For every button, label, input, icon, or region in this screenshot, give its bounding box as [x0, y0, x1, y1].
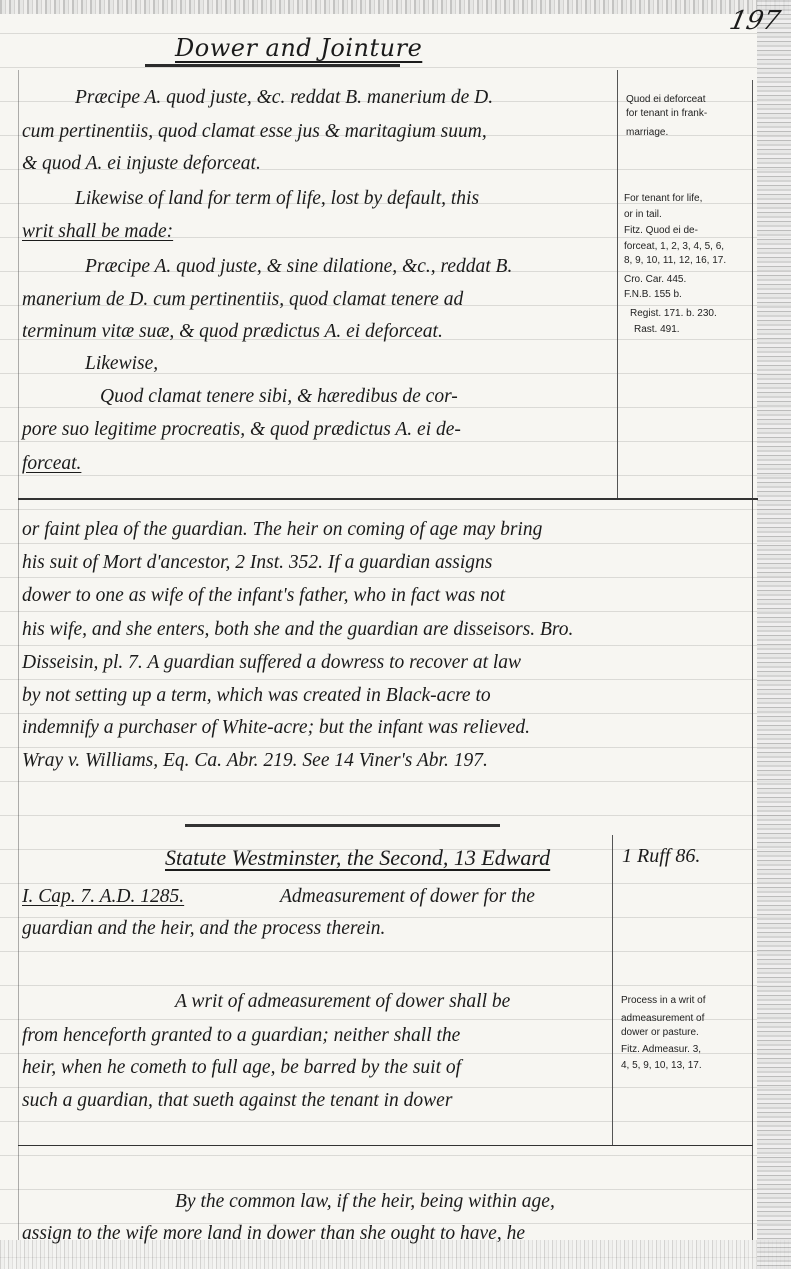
- scan-edge-strip: [757, 0, 791, 1269]
- text-line: by not setting up a term, which was crea…: [22, 684, 491, 708]
- margin-note-line: 4, 5, 9, 10, 13, 17.: [621, 1059, 702, 1073]
- text-line: A writ of admeasurement of dower shall b…: [175, 990, 510, 1014]
- margin-note-line: forceat, 1, 2, 3, 4, 5, 6,: [624, 240, 724, 254]
- text-line: By the common law, if the heir, being wi…: [175, 1190, 555, 1214]
- margin-note-line: admeasurement of: [621, 1012, 704, 1026]
- margin-note-line: Fitz. Quod ei de-: [624, 224, 698, 238]
- text-line: heir, when he cometh to full age, be bar…: [22, 1056, 461, 1080]
- statute-reference: 1 Ruff 86.: [622, 845, 700, 868]
- margin-note-line: marriage.: [626, 126, 668, 140]
- text-line: Præcipe A. quod juste, & sine dilatione,…: [85, 255, 512, 279]
- text-line: Wray v. Williams, Eq. Ca. Abr. 219. See …: [22, 749, 488, 773]
- text-line: manerium de D. cum pertinentiis, quod cl…: [22, 288, 463, 312]
- page-number: 197: [727, 6, 783, 36]
- margin-note-line: for tenant in frank-: [626, 107, 707, 121]
- page-heading: Dower and Jointure: [175, 34, 422, 62]
- text-line: indemnify a purchaser of White-acre; but…: [22, 716, 530, 740]
- statute-subtitle: guardian and the heir, and the process t…: [22, 917, 385, 941]
- text-line: & quod A. ei injuste deforceat.: [22, 152, 261, 176]
- text-line: writ shall be made:: [22, 220, 173, 244]
- text-line: cum pertinentiis, quod clamat esse jus &…: [22, 120, 487, 144]
- text-line: pore suo legitime procreatis, & quod præ…: [22, 418, 461, 442]
- section-divider-short: [185, 824, 500, 827]
- margin-rule-notes-lower: [612, 835, 613, 1145]
- margin-rule-notes: [617, 70, 618, 500]
- margin-note-line: Process in a writ of: [621, 994, 705, 1008]
- margin-rule-left: [18, 70, 19, 1240]
- statute-cap-reference: I. Cap. 7. A.D. 1285.: [22, 885, 184, 909]
- text-line: from henceforth granted to a guardian; n…: [22, 1024, 460, 1048]
- margin-note-line: Fitz. Admeasur. 3,: [621, 1043, 701, 1057]
- text-line: Likewise,: [85, 352, 158, 376]
- text-line: terminum vitæ suæ, & quod prædictus A. e…: [22, 320, 443, 344]
- margin-note-line: 8, 9, 10, 11, 12, 16, 17.: [624, 254, 726, 268]
- statute-title: Statute Westminster, the Second, 13 Edwa…: [165, 845, 550, 871]
- text-line: Disseisin, pl. 7. A guardian suffered a …: [22, 651, 521, 675]
- text-line: dower to one as wife of the infant's fat…: [22, 584, 505, 608]
- scan-noise-top: [0, 0, 791, 14]
- text-line: Likewise of land for term of life, lost …: [75, 187, 479, 211]
- text-line: his wife, and she enters, both she and t…: [22, 618, 573, 642]
- text-line: forceat.: [22, 452, 81, 476]
- text-line: such a guardian, that sueth against the …: [22, 1089, 452, 1113]
- text-line: Quod clamat tenere sibi, & hæredibus de …: [100, 385, 458, 409]
- margin-note-line: dower or pasture.: [621, 1026, 699, 1040]
- text-line: his suit of Mort d'ancestor, 2 Inst. 352…: [22, 551, 492, 575]
- margin-note-line: Cro. Car. 445.: [624, 273, 686, 287]
- margin-note-line: F.N.B. 155 b.: [624, 288, 682, 302]
- scanned-page: 197 Dower and Jointure Præcipe A. quod j…: [0, 0, 791, 1269]
- margin-note-line: For tenant for life,: [624, 192, 702, 206]
- text-line: assign to the wife more land in dower th…: [22, 1222, 525, 1246]
- margin-note-line: Regist. 171. b. 230.: [630, 307, 717, 321]
- margin-rule-right: [752, 80, 753, 1240]
- heading-underline: [145, 64, 400, 67]
- statute-subtitle: Admeasurement of dower for the: [280, 885, 535, 909]
- margin-note-line: Rast. 491.: [634, 323, 680, 337]
- section-divider-2: [18, 1145, 753, 1146]
- text-line: Præcipe A. quod juste, &c. reddat B. man…: [75, 86, 493, 110]
- text-line: or faint plea of the guardian. The heir …: [22, 518, 542, 542]
- margin-note-line: Quod ei deforceat: [626, 93, 706, 107]
- section-divider-1: [18, 498, 758, 500]
- margin-note-line: or in tail.: [624, 208, 662, 222]
